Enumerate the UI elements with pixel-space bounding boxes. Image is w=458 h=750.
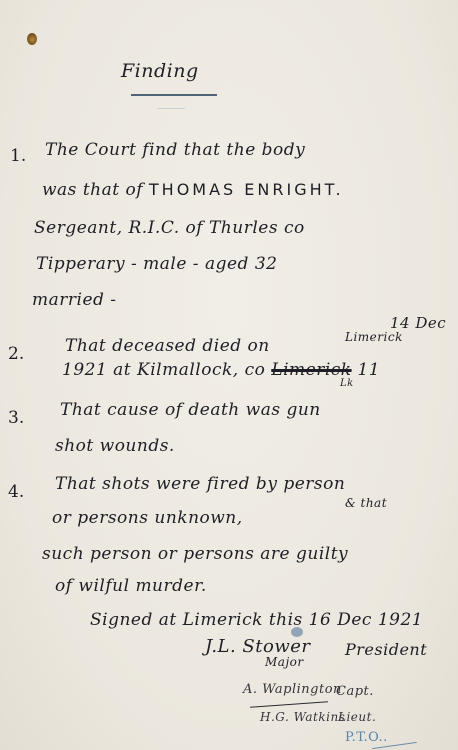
item-1-line-3: Sergeant, R.I.C. of Thurles co — [34, 218, 305, 238]
item-3-line-1: That cause of death was gun — [60, 400, 321, 420]
pto-note: P.T.O.. — [345, 730, 388, 745]
item-3-number: 3. — [8, 408, 24, 428]
item-4-line-3: such person or persons are guilty — [42, 544, 348, 564]
item-2-insertion-below: Lk — [340, 378, 354, 389]
item-2-line-end: 11 — [357, 360, 380, 380]
member-1-rank: Capt. — [336, 684, 374, 699]
title-underline-faint — [157, 108, 185, 109]
item-2-line-2: 1921 at Kilmallock, co Limerick 11 — [62, 360, 380, 380]
signature-member-2: H.G. Watkins — [260, 710, 345, 724]
item-4-line-1: That shots were fired by person — [55, 474, 345, 494]
item-1-number: 1. — [10, 146, 26, 166]
title-underline — [131, 94, 217, 96]
item-4-insertion: & that — [345, 496, 387, 510]
signature-underline — [250, 701, 328, 707]
item-3-line-2: shot wounds. — [55, 436, 175, 456]
item-1-line-1: The Court find that the body — [45, 140, 305, 160]
item-2-line-1: That deceased died on — [65, 336, 270, 356]
item-1-line-4: Tipperary - male - aged 32 — [36, 254, 277, 274]
document-page: Finding 1. The Court find that the body … — [0, 0, 458, 750]
signature-president: J.L. Stower — [205, 636, 311, 657]
item-4-number: 4. — [8, 482, 24, 502]
item-1-line-2: was that of THOMAS ENRIGHT. — [42, 180, 344, 200]
president-rank: Major — [265, 655, 304, 669]
item-2-insertion-word: Limerick — [345, 330, 403, 344]
item-1-line-5: married - — [32, 290, 117, 310]
signature-member-1: A. Waplington — [243, 682, 342, 697]
item-2-number: 2. — [8, 344, 24, 364]
item-4-line-2: or persons unknown, — [52, 508, 243, 528]
member-2-rank: Lieut. — [338, 710, 376, 724]
struck-word: Limerick — [271, 360, 351, 380]
item-4-line-4: of wilful murder. — [55, 576, 207, 596]
document-title: Finding — [121, 60, 199, 82]
signed-at-line: Signed at Limerick this 16 Dec 1921 — [90, 610, 423, 630]
item-2-line-2-text: 1921 at Kilmallock, co — [62, 360, 265, 380]
deceased-name: THOMAS ENRIGHT. — [149, 180, 344, 199]
president-role: President — [345, 640, 427, 659]
punch-hole — [27, 33, 37, 45]
